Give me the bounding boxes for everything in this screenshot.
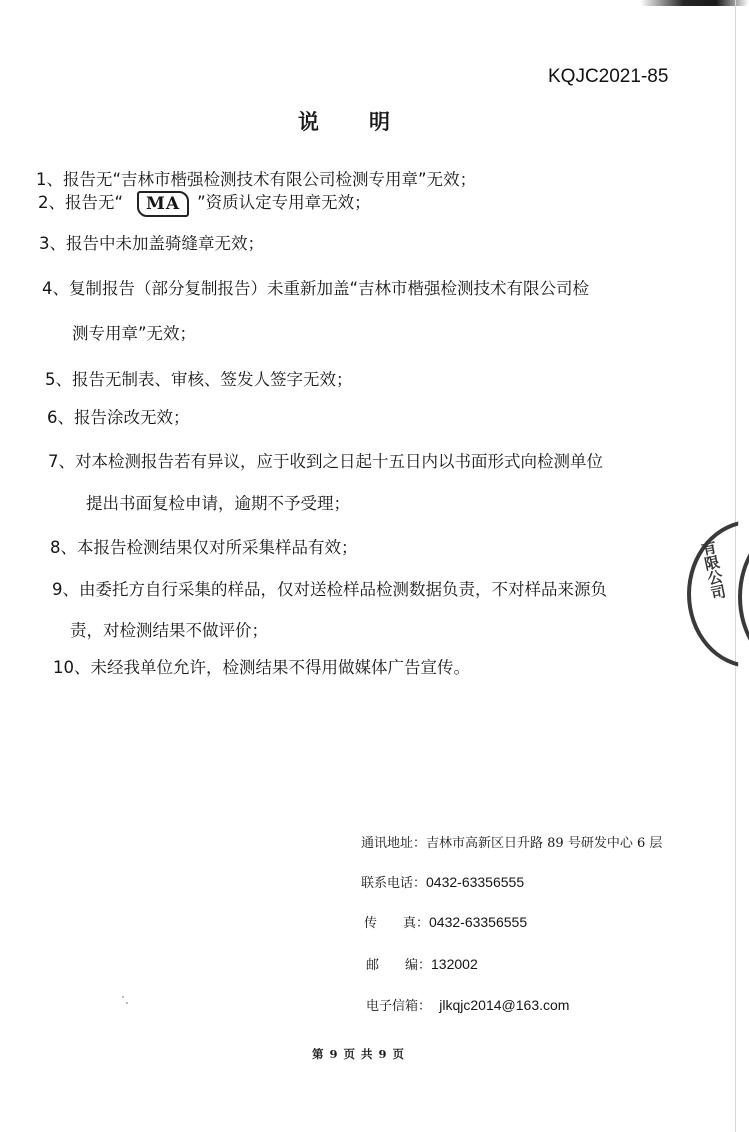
contact-phone: 联系电话：0432-63356555 <box>361 872 524 891</box>
note-item-2: 2、报告无“MA”资质认定专用章无效； <box>38 189 371 217</box>
note-item-6: 6、报告涂改无效； <box>47 404 190 428</box>
report-code: KQJC2021-85 <box>548 66 668 88</box>
fax-value: 0432-63356555 <box>429 914 527 930</box>
phone-label: 联系电话： <box>361 876 426 891</box>
contact-address: 通讯地址：吉林市高新区日升路 89 号研发中心 6 层 <box>361 832 662 851</box>
postcode-value: 132002 <box>431 956 478 972</box>
note-item-2-suffix: ”资质认定专用章无效； <box>197 193 371 212</box>
scan-speck <box>126 1002 128 1004</box>
fax-label: 传 真： <box>364 916 429 931</box>
note-item-7-cont: 提出书面复检申请，逾期不予受理； <box>86 490 350 514</box>
address-value: 吉林市高新区日升路 89 号研发中心 6 层 <box>426 836 662 851</box>
note-item-3: 3、报告中未加盖骑缝章无效； <box>39 230 264 254</box>
email-label: 电子信箱： <box>366 999 431 1014</box>
address-label: 通讯地址： <box>361 836 426 851</box>
note-item-10: 10、未经我单位允许，检测结果不得用做媒体广告宣传。 <box>53 654 470 678</box>
note-item-4-cont: 测专用章”无效； <box>72 320 196 344</box>
contact-email: 电子信箱： jlkqjc2014@163.com <box>366 995 569 1014</box>
note-item-4: 4、复制报告（部分复制报告）未重新加盖“吉林市楷强检测技术有限公司检 <box>42 275 589 299</box>
note-item-9-cont: 责，对检测结果不做评价； <box>70 617 268 641</box>
ma-stamp-icon: MA <box>137 191 189 217</box>
postcode-label: 邮 编： <box>366 958 431 973</box>
note-item-2-prefix: 2、报告无“ <box>38 193 123 212</box>
scan-edge-shadow <box>640 0 749 6</box>
phone-value: 0432-63356555 <box>426 874 524 890</box>
company-seal-partial-2 <box>738 528 749 666</box>
note-item-5: 5、报告无制表、审核、签发人签字无效； <box>45 366 353 390</box>
note-item-8: 8、本报告检测结果仅对所采集样品有效； <box>50 534 358 558</box>
contact-fax: 传 真：0432-63356555 <box>364 912 527 931</box>
scan-speck <box>122 996 124 998</box>
title-char-2: 明 <box>369 110 390 134</box>
email-value: jlkqjc2014@163.com <box>439 997 569 1013</box>
contact-postcode: 邮 编：132002 <box>366 954 478 973</box>
note-item-1: 1、报告无“吉林市楷强检测技术有限公司检测专用章”无效； <box>36 166 476 190</box>
page-title: 说明 <box>298 106 390 136</box>
page-number: 第 9 页 共 9 页 <box>312 1046 405 1062</box>
note-item-7: 7、对本检测报告若有异议，应于收到之日起十五日内以书面形式向检测单位 <box>48 448 603 472</box>
note-item-9: 9、由委托方自行采集的样品，仅对送检样品检测数据负责，不对样品来源负 <box>52 576 607 600</box>
title-char-1: 说 <box>298 110 319 134</box>
